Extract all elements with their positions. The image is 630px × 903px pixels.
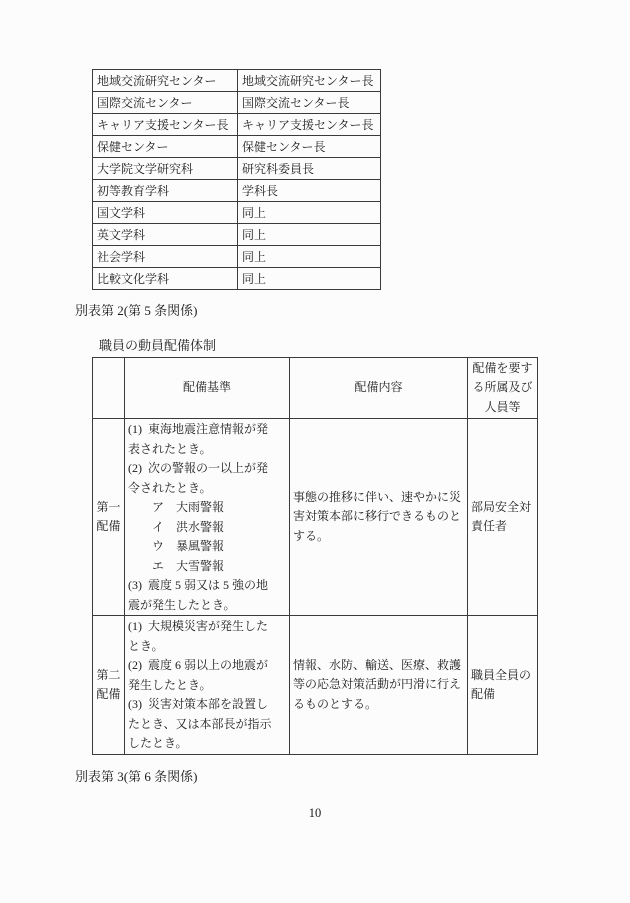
head-cell: 地域交流研究センター長 bbox=[238, 70, 381, 92]
org-cell: 国際交流センター bbox=[93, 92, 238, 114]
table-row: 第二 配備 (1) 大規模災害が発生した とき。 (2) 震度 6 弱以上の地震… bbox=[93, 616, 538, 755]
table-row: 国際交流センター 国際交流センター長 bbox=[93, 92, 381, 114]
table-row: 比較文化学科 同上 bbox=[93, 268, 381, 290]
org-cell: キャリア支援センター長 bbox=[93, 114, 238, 136]
deployment-level-label: 第二 配備 bbox=[93, 616, 125, 755]
org-cell: 英文学科 bbox=[93, 224, 238, 246]
appendix-2-caption: 別表第 2(第 5 条関係) bbox=[75, 300, 197, 319]
table-row: 国文学科 同上 bbox=[93, 202, 381, 224]
head-cell: キャリア支援センター長 bbox=[238, 114, 381, 136]
org-cell: 大学院文学研究科 bbox=[93, 158, 238, 180]
org-cell: 比較文化学科 bbox=[93, 268, 238, 290]
deployment-table-title: 職員の動員配備体制 bbox=[99, 335, 216, 354]
org-cell: 保健センター bbox=[93, 136, 238, 158]
table-row: 大学院文学研究科 研究科委員長 bbox=[93, 158, 381, 180]
head-cell: 国際交流センター長 bbox=[238, 92, 381, 114]
head-cell: 同上 bbox=[238, 246, 381, 268]
header-content: 配備内容 bbox=[290, 358, 468, 419]
table-row: キャリア支援センター長 キャリア支援センター長 bbox=[93, 114, 381, 136]
criteria-cell: (1) 東海地震注意情報が発 表されたとき。 (2) 次の警報の一以上が発 令さ… bbox=[125, 419, 290, 616]
content-cell: 事態の推移に伴い、速やかに災 害対策本部に移行できるものと する。 bbox=[290, 419, 468, 616]
table-row: 地域交流研究センター 地域交流研究センター長 bbox=[93, 70, 381, 92]
org-cell: 国文学科 bbox=[93, 202, 238, 224]
table-header-row: 配備基準 配備内容 配備を要す る所属及び 人員等 bbox=[93, 358, 538, 419]
table-row: 第一 配備 (1) 東海地震注意情報が発 表されたとき。 (2) 次の警報の一以… bbox=[93, 419, 538, 616]
header-personnel: 配備を要す る所属及び 人員等 bbox=[468, 358, 538, 419]
personnel-cell: 部局安全対 責任者 bbox=[468, 419, 538, 616]
header-criteria: 配備基準 bbox=[125, 358, 290, 419]
table-row: 保健センター 保健センター長 bbox=[93, 136, 381, 158]
org-cell: 社会学科 bbox=[93, 246, 238, 268]
org-head-table: 地域交流研究センター 地域交流研究センター長 国際交流センター 国際交流センター… bbox=[92, 69, 381, 290]
document-page: 地域交流研究センター 地域交流研究センター長 国際交流センター 国際交流センター… bbox=[0, 0, 630, 903]
org-cell: 地域交流研究センター bbox=[93, 70, 238, 92]
head-cell: 同上 bbox=[238, 224, 381, 246]
table-row: 社会学科 同上 bbox=[93, 246, 381, 268]
page-number: 10 bbox=[0, 806, 630, 821]
header-empty bbox=[93, 358, 125, 419]
table-row: 初等教育学科 学科長 bbox=[93, 180, 381, 202]
appendix-3-caption: 別表第 3(第 6 条関係) bbox=[75, 766, 197, 785]
table-row: 英文学科 同上 bbox=[93, 224, 381, 246]
org-cell: 初等教育学科 bbox=[93, 180, 238, 202]
head-cell: 研究科委員長 bbox=[238, 158, 381, 180]
head-cell: 同上 bbox=[238, 202, 381, 224]
deployment-table: 配備基準 配備内容 配備を要す る所属及び 人員等 第一 配備 (1) 東海地震… bbox=[92, 357, 538, 755]
deployment-level-label: 第一 配備 bbox=[93, 419, 125, 616]
head-cell: 学科長 bbox=[238, 180, 381, 202]
content-cell: 情報、水防、輸送、医療、救護 等の応急対策活動が円滑に行え るものとする。 bbox=[290, 616, 468, 755]
head-cell: 保健センター長 bbox=[238, 136, 381, 158]
criteria-cell: (1) 大規模災害が発生した とき。 (2) 震度 6 弱以上の地震が 発生した… bbox=[125, 616, 290, 755]
personnel-cell: 職員全員の 配備 bbox=[468, 616, 538, 755]
head-cell: 同上 bbox=[238, 268, 381, 290]
